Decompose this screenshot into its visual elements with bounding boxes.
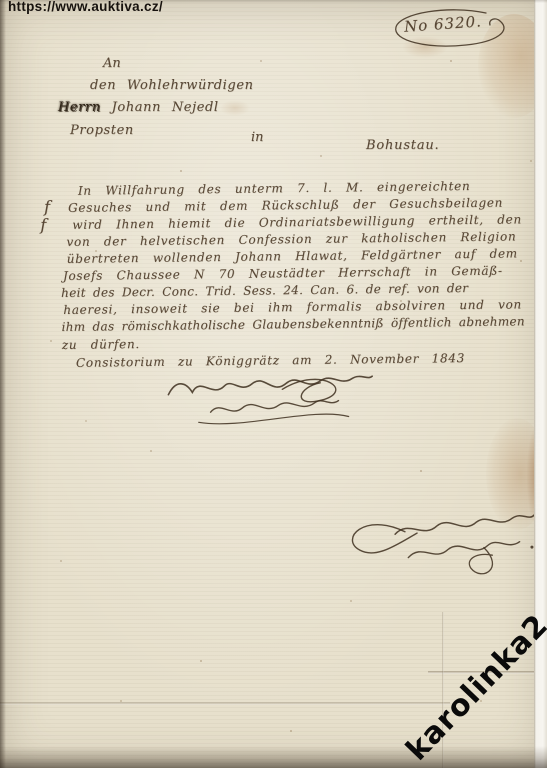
body-line: übertreten wollenden Johann Hlawat, Feld… xyxy=(67,246,518,266)
scanned-letter-page: No 6320. An den Wohlehrwürdigen Herrn Jo… xyxy=(0,0,547,768)
body-line: zu dürfen. xyxy=(62,337,140,352)
margin-mark-2: f xyxy=(40,215,46,234)
scan-edge-left xyxy=(0,0,6,768)
clerk-signature-flourish xyxy=(334,503,543,599)
body-line: ihm das römischkatholische Glaubensbeken… xyxy=(61,314,525,334)
fold-crease-bottom xyxy=(0,702,450,705)
body-line: wird Ihnen hiemit die Ordinariatsbewilli… xyxy=(72,212,522,231)
letter-body: f f In Willfahrung des unterm 7. l. M. e… xyxy=(0,0,547,768)
body-line: heit des Decr. Conc. Trid. Sess. 24. Can… xyxy=(61,281,468,300)
body-line: von der helvetischen Confession zur kath… xyxy=(66,229,516,248)
body-line: In Willfahrung des unterm 7. l. M. einge… xyxy=(78,179,471,198)
consistory-signature-flourish xyxy=(162,366,378,436)
body-line: Josefs Chaussee N 70 Neustädter Herrscha… xyxy=(63,264,503,283)
scan-edge-bottom xyxy=(0,746,547,768)
body-line: Gesuches und mit dem Rückschluß der Gesu… xyxy=(68,196,503,215)
body-line: haeresi, insoweit sie bei ihm formalis a… xyxy=(63,297,522,317)
margin-mark-1: f xyxy=(44,197,50,216)
scan-right-page-edge xyxy=(534,0,547,768)
auction-site-url: https://www.auktiva.cz/ xyxy=(8,0,163,14)
